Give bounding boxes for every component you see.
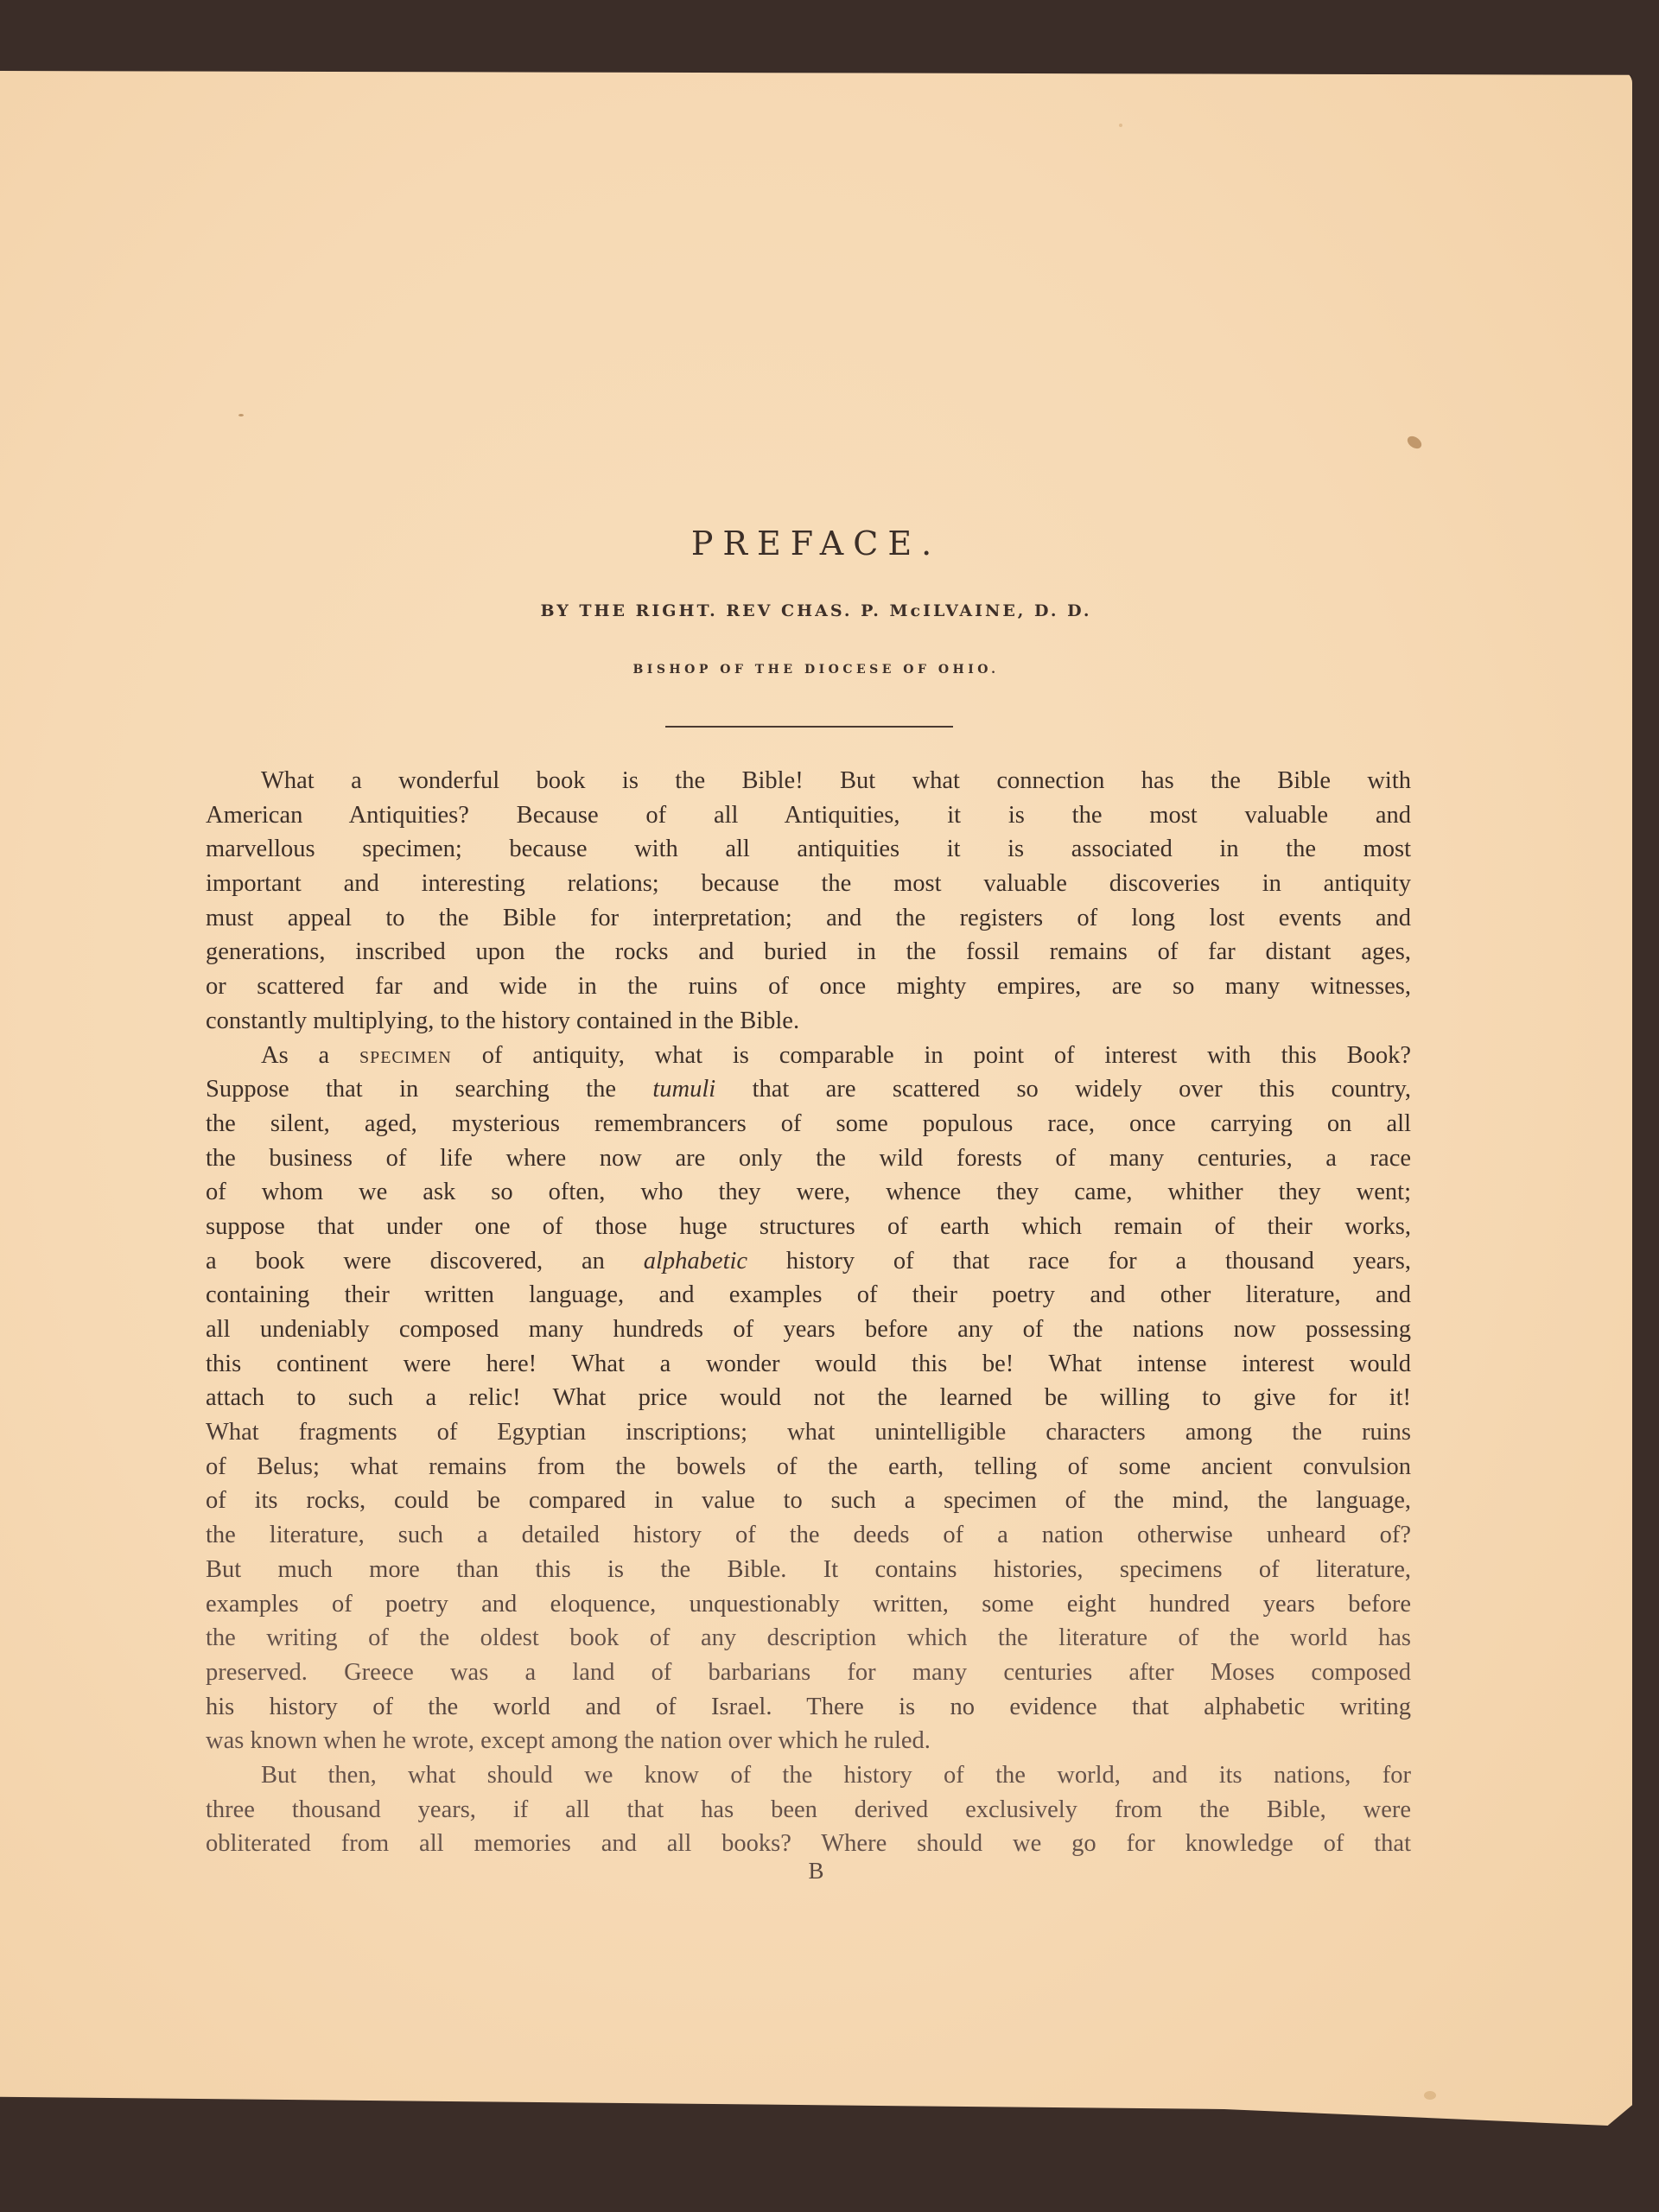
text-line: As a SPECIMEN of antiquity, what is comp… (206, 1039, 1411, 1073)
italic-word: alphabetic (644, 1248, 747, 1274)
text-line: three thousand years, if all that has be… (206, 1793, 1411, 1827)
text-line: But much more than this is the Bible. It… (206, 1553, 1411, 1587)
text-run: of antiquity, what is comparable in poin… (452, 1042, 1411, 1069)
text-line: attach to such a relic! What price would… (206, 1381, 1411, 1415)
text-run: history of that race for a thousand year… (747, 1248, 1411, 1274)
text-line: must appeal to the Bible for interpretat… (206, 901, 1411, 936)
text-line: a book were discovered, an alphabetic hi… (206, 1244, 1411, 1279)
stain-spot (1424, 2091, 1436, 2100)
text-line: examples of poetry and eloquence, unques… (206, 1587, 1411, 1622)
text-line: generations, inscribed upon the rocks an… (206, 935, 1411, 969)
text-line: or scattered far and wide in the ruins o… (206, 969, 1411, 1004)
text-line: What a wonderful book is the Bible! But … (206, 764, 1411, 798)
signature-mark: B (0, 1858, 1632, 1885)
text-run: a book were discovered, an (206, 1248, 644, 1274)
italic-word: tumuli (652, 1076, 715, 1103)
text-line: the silent, aged, mysterious remembrance… (206, 1107, 1411, 1141)
text-run: As a (261, 1042, 359, 1069)
text-line: of Belus; what remains from the bowels o… (206, 1450, 1411, 1484)
author-title: BISHOP OF THE DIOCESE OF OHIO. (0, 663, 1632, 677)
divider-rule (665, 726, 953, 728)
text-line: obliterated from all memories and all bo… (206, 1827, 1411, 1861)
text-line: important and interesting relations; bec… (206, 867, 1411, 901)
text-line: marvellous specimen; because with all an… (206, 832, 1411, 867)
text-run: that are scattered so widely over this c… (715, 1076, 1411, 1103)
text-line: containing their written language, and e… (206, 1278, 1411, 1313)
ink-speck (238, 414, 244, 416)
text-line: Suppose that in searching the tumuli tha… (206, 1072, 1411, 1107)
text-line: was known when he wrote, except among th… (206, 1724, 1411, 1758)
text-line: What fragments of Egyptian inscriptions;… (206, 1415, 1411, 1450)
small-caps-word: SPECIMEN (359, 1042, 452, 1069)
preface-body: What a wonderful book is the Bible! But … (206, 764, 1411, 1861)
text-line: the writing of the oldest book of any de… (206, 1621, 1411, 1656)
text-line: this continent were here! What a wonder … (206, 1347, 1411, 1382)
page-title: PREFACE. (0, 524, 1632, 563)
text-line: the business of life where now are only … (206, 1141, 1411, 1176)
author-byline: BY THE RIGHT. REV CHAS. P. McILVAINE, D.… (0, 601, 1632, 620)
text-line: all undeniably composed many hundreds of… (206, 1313, 1411, 1347)
text-line: of its rocks, could be compared in value… (206, 1484, 1411, 1518)
text-line: constantly multiplying, to the history c… (206, 1004, 1411, 1039)
text-line: suppose that under one of those huge str… (206, 1210, 1411, 1244)
text-line: American Antiquities? Because of all Ant… (206, 798, 1411, 833)
text-run: Suppose that in searching the (206, 1076, 652, 1103)
text-line: the literature, such a detailed history … (206, 1518, 1411, 1553)
text-line: But then, what should we know of the his… (206, 1758, 1411, 1793)
text-line: of whom we ask so often, who they were, … (206, 1175, 1411, 1210)
stain-spot (1119, 124, 1122, 127)
stain-spot (1405, 434, 1424, 451)
text-line: preserved. Greece was a land of barbaria… (206, 1656, 1411, 1690)
text-line: his history of the world and of Israel. … (206, 1690, 1411, 1725)
